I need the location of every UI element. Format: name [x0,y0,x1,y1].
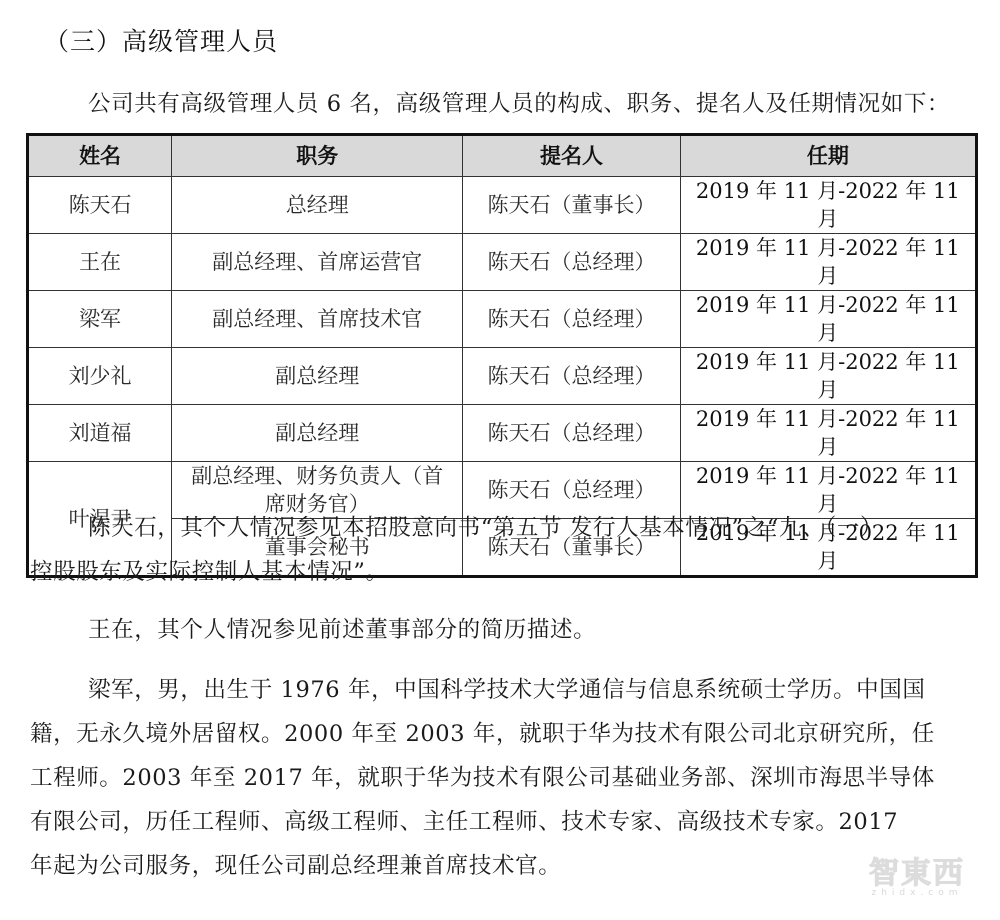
header-role: 职务 [172,135,463,177]
header-name: 姓名 [28,135,172,177]
cell-name: 王在 [28,234,172,291]
cell-term: 2019 年 11 月-2022 年 11 月 [680,405,976,462]
cell-role: 副总经理、首席技术官 [172,291,463,348]
cell-role: 副总经理、首席运营官 [172,234,463,291]
bio-liang-line2: 籍，无永久境外居留权。2000 年至 2003 年，就职于华为技术有限公司北京研… [30,712,970,756]
cell-role-line: 副总经理、财务负责人（首 [178,462,456,490]
cell-role: 副总经理 [172,348,463,405]
section-title: （三）高级管理人员 [44,22,278,58]
table-row: 刘少礼 副总经理 陈天石（总经理） 2019 年 11 月-2022 年 11 … [28,348,977,405]
bio-liang-line1: 梁军，男，出生于 1976 年，中国科学技术大学通信与信息系统硕士学历。中国国 [88,668,925,712]
cell-name: 陈天石 [28,177,172,234]
table-header-row: 姓名 职务 提名人 任期 [28,135,977,177]
bio-chen-line2: 控股股东及实际控制人基本情况”。 [30,550,970,594]
cell-nominator: 陈天石（总经理） [463,291,680,348]
watermark-domain: zhidx.com [862,888,972,898]
cell-term: 2019 年 11 月-2022 年 11 月 [680,348,976,405]
table-row: 刘道福 副总经理 陈天石（总经理） 2019 年 11 月-2022 年 11 … [28,405,977,462]
header-term: 任期 [680,135,976,177]
table-row: 王在 副总经理、首席运营官 陈天石（总经理） 2019 年 11 月-2022 … [28,234,977,291]
cell-role: 总经理 [172,177,463,234]
cell-role: 副总经理 [172,405,463,462]
bio-wang: 王在，其个人情况参见前述董事部分的简历描述。 [88,608,988,652]
cell-term: 2019 年 11 月-2022 年 11 月 [680,234,976,291]
header-nominator: 提名人 [463,135,680,177]
cell-nominator: 陈天石（总经理） [463,348,680,405]
intro-paragraph: 公司共有高级管理人员 6 名，高级管理人员的构成、职务、提名人及任期情况如下： [88,82,988,126]
bio-liang-line3: 工程师。2003 年至 2017 年，就职于华为技术有限公司基础业务部、深圳市海… [30,756,970,800]
cell-term: 2019 年 11 月-2022 年 11 月 [680,291,976,348]
cell-nominator: 陈天石（总经理） [463,405,680,462]
cell-name: 刘少礼 [28,348,172,405]
cell-name: 刘道福 [28,405,172,462]
cell-term: 2019 年 11 月-2022 年 11 月 [680,177,976,234]
table-row: 梁军 副总经理、首席技术官 陈天石（总经理） 2019 年 11 月-2022 … [28,291,977,348]
table-row: 陈天石 总经理 陈天石（董事长） 2019 年 11 月-2022 年 11 月 [28,177,977,234]
bio-chen-line1: 陈天石，其个人情况参见本招股意向书“第五节 发行人基本情况”之“九、（一） [88,506,988,550]
bio-liang-line5: 年起为公司服务，现任公司副总经理兼首席技术官。 [30,844,970,888]
bio-liang-line4: 有限公司，历任工程师、高级工程师、主任工程师、技术专家、高级技术专家。2017 [30,800,970,844]
cell-name: 梁军 [28,291,172,348]
cell-nominator: 陈天石（董事长） [463,177,680,234]
cell-nominator: 陈天石（总经理） [463,234,680,291]
